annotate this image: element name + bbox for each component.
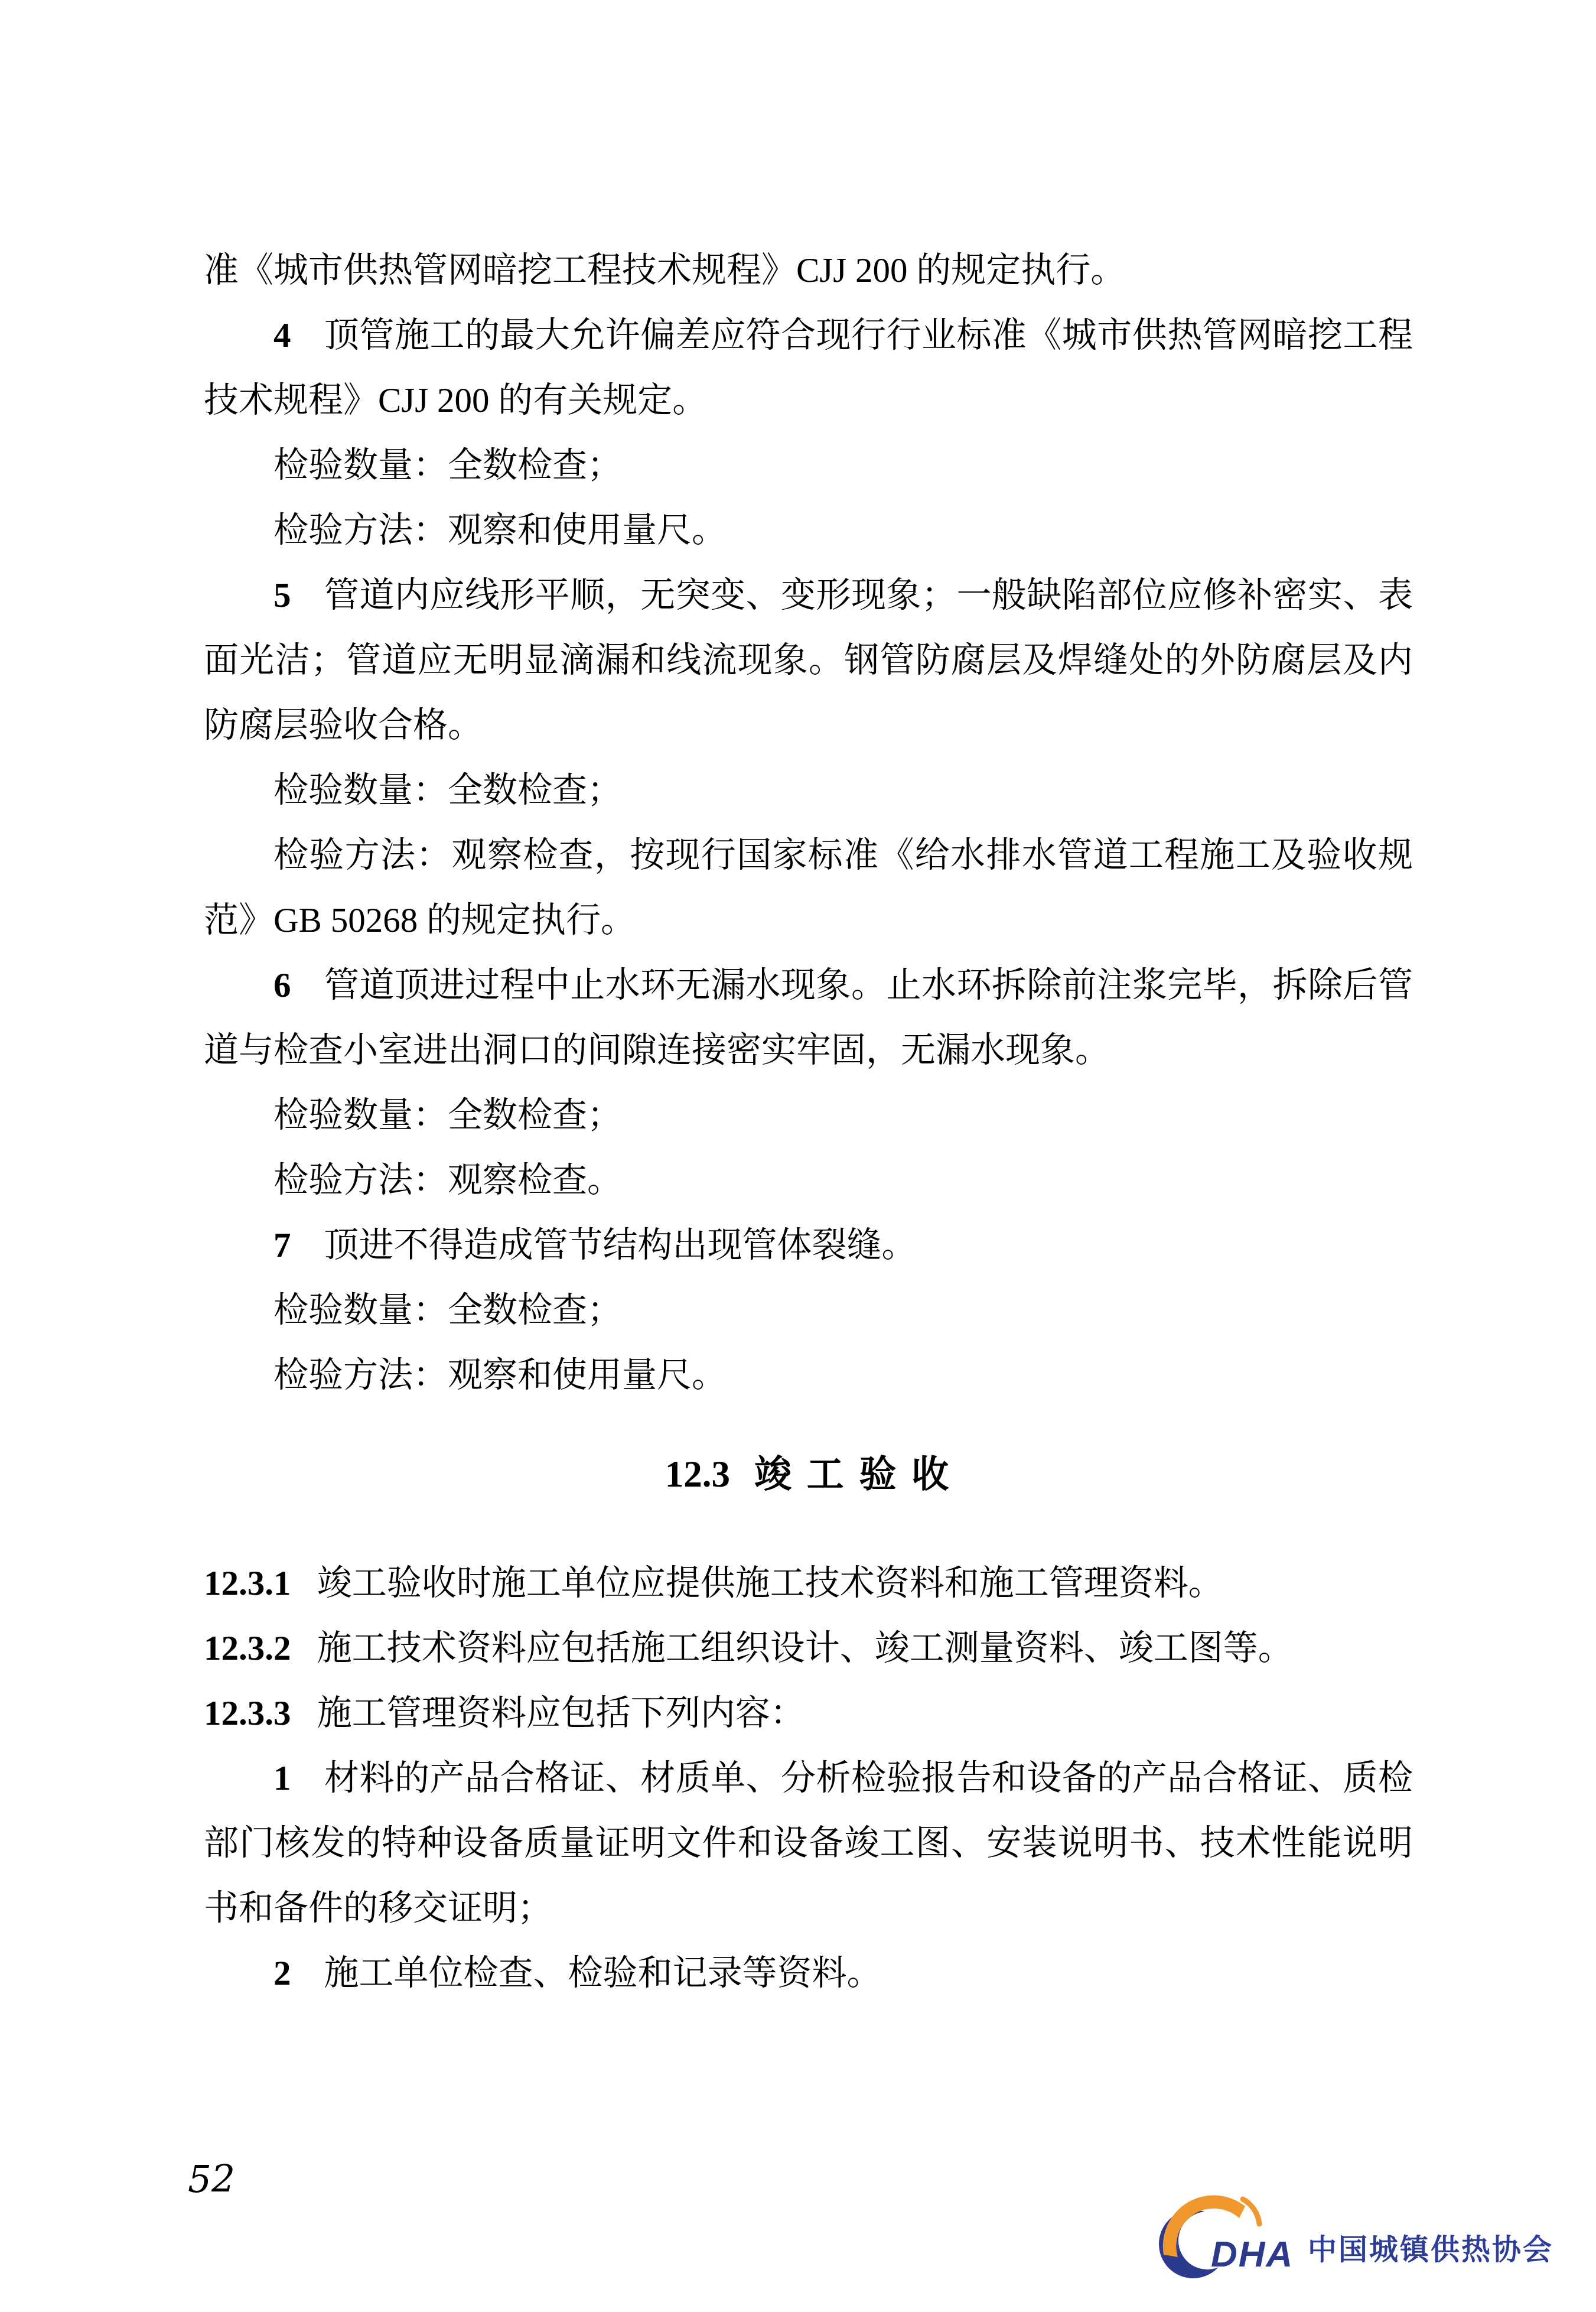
- check-method-line: 检验方法：观察检查。: [204, 1147, 1413, 1212]
- paragraph-item-5: 5管道内应线形平顺，无突变、变形现象；一般缺陷部位应修补密实、表面光洁；管道应无…: [204, 562, 1413, 757]
- paragraph-item-2: 2施工单位检查、检验和记录等资料。: [204, 1940, 1413, 2005]
- clause-number: 12.3.3: [204, 1693, 291, 1732]
- document-page: 准《城市供热管网暗挖工程技术规程》CJJ 200 的规定执行。 4顶管施工的最大…: [0, 0, 1596, 2312]
- check-quantity-line: 检验数量：全数检查；: [204, 433, 1413, 497]
- check-quantity-line: 检验数量：全数检查；: [204, 757, 1413, 822]
- section-title: 竣 工 验 收: [754, 1453, 952, 1495]
- clause-text: 施工技术资料应包括施工组织设计、竣工测量资料、竣工图等。: [317, 1628, 1293, 1667]
- item-text: 顶进不得造成管节结构出现管体裂缝。: [324, 1225, 917, 1264]
- logo-org-name: 中国城镇供热协会: [1308, 2234, 1553, 2266]
- item-number: 7: [273, 1225, 291, 1264]
- logo-orange-arc: [1243, 2199, 1259, 2224]
- item-text: 管道内应线形平顺，无突变、变形现象；一般缺陷部位应修补密实、表面光洁；管道应无明…: [204, 575, 1413, 744]
- cdha-logo: DHA 中国城镇供热协会: [1155, 2189, 1565, 2282]
- clause-12-3-2: 12.3.2施工技术资料应包括施工组织设计、竣工测量资料、竣工图等。: [204, 1615, 1413, 1680]
- check-method-line: 检验方法：观察和使用量尺。: [204, 1342, 1413, 1407]
- document-body: 准《城市供热管网暗挖工程技术规程》CJJ 200 的规定执行。 4顶管施工的最大…: [204, 238, 1413, 2005]
- item-text: 管道顶进过程中止水环无漏水现象。止水环拆除前注浆完毕，拆除后管道与检查小室进出洞…: [204, 965, 1413, 1069]
- item-text: 施工单位检查、检验和记录等资料。: [324, 1953, 882, 1992]
- paragraph-continuation: 准《城市供热管网暗挖工程技术规程》CJJ 200 的规定执行。: [204, 238, 1413, 303]
- clause-text: 竣工验收时施工单位应提供施工技术资料和施工管理资料。: [317, 1563, 1223, 1602]
- paragraph-item-4: 4顶管施工的最大允许偏差应符合现行行业标准《城市供热管网暗挖工程技术规程》CJJ…: [204, 303, 1413, 433]
- check-method-line: 检验方法：观察检查，按现行国家标准《给水排水管道工程施工及验收规范》GB 502…: [204, 822, 1413, 952]
- item-text: 顶管施工的最大允许偏差应符合现行行业标准《城市供热管网暗挖工程技术规程》CJJ …: [204, 316, 1413, 420]
- clause-number: 12.3.2: [204, 1628, 291, 1667]
- clause-number: 12.3.1: [204, 1563, 291, 1602]
- clause-12-3-1: 12.3.1竣工验收时施工单位应提供施工技术资料和施工管理资料。: [204, 1550, 1413, 1615]
- paragraph-item-6: 6管道顶进过程中止水环无漏水现象。止水环拆除前注浆完毕，拆除后管道与检查小室进出…: [204, 952, 1413, 1082]
- logo-abbr-text: DHA: [1211, 2234, 1294, 2275]
- paragraph-item-7: 7顶进不得造成管节结构出现管体裂缝。: [204, 1212, 1413, 1277]
- check-quantity-line: 检验数量：全数检查；: [204, 1277, 1413, 1342]
- item-number: 1: [273, 1758, 291, 1797]
- item-number: 6: [273, 965, 291, 1004]
- paragraph-item-1: 1材料的产品合格证、材质单、分析检验报告和设备的产品合格证、质检部门核发的特种设…: [204, 1745, 1413, 1940]
- item-text: 材料的产品合格证、材质单、分析检验报告和设备的产品合格证、质检部门核发的特种设备…: [204, 1758, 1413, 1927]
- check-quantity-line: 检验数量：全数检查；: [204, 1082, 1413, 1147]
- page-number: 52: [188, 2158, 235, 2201]
- item-number: 5: [273, 575, 291, 614]
- section-heading-12-3: 12.3竣 工 验 收: [204, 1442, 1413, 1507]
- section-number: 12.3: [665, 1453, 730, 1495]
- clause-text: 施工管理资料应包括下列内容：: [317, 1693, 805, 1732]
- item-number: 2: [273, 1953, 291, 1992]
- clause-12-3-3: 12.3.3施工管理资料应包括下列内容：: [204, 1680, 1413, 1745]
- item-number: 4: [273, 316, 291, 355]
- check-method-line: 检验方法：观察和使用量尺。: [204, 497, 1413, 562]
